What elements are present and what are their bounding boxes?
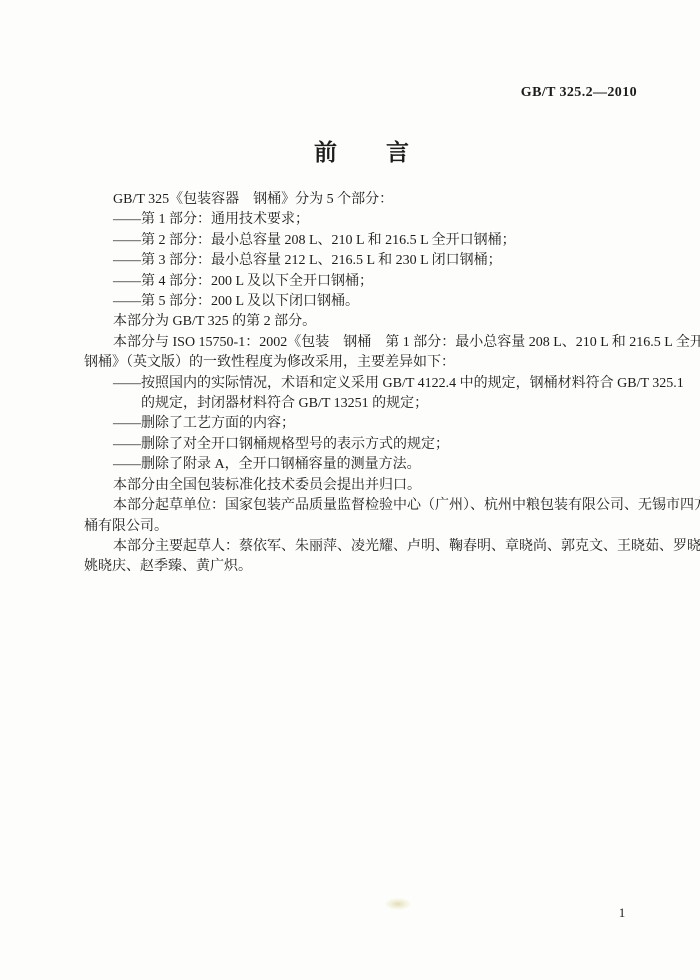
text-line: ——删除了附录 A，全开口钢桶容量的测量方法。 bbox=[84, 455, 654, 475]
text-line: 桶有限公司。 bbox=[84, 517, 654, 537]
text-line: 本部分为 GB/T 325 的第 2 部分。 bbox=[84, 312, 654, 332]
text-line: 本部分由全国包装标准化技术委员会提出并归口。 bbox=[84, 476, 654, 496]
text-line: 的规定，封闭器材料符合 GB/T 13251 的规定； bbox=[84, 394, 654, 414]
document-page: GB/T 325.2—2010 前 言 GB/T 325《包装容器 钢桶》分为 … bbox=[0, 0, 700, 980]
document-body: GB/T 325《包装容器 钢桶》分为 5 个部分：——第 1 部分：通用技术要… bbox=[84, 190, 654, 578]
text-line: 本部分起草单位：国家包装产品质量监督检验中心（广州）、杭州中粮包装有限公司、无锡… bbox=[84, 496, 654, 516]
standard-code-header: GB/T 325.2—2010 bbox=[521, 85, 637, 101]
text-line: ——第 1 部分：通用技术要求； bbox=[84, 210, 654, 230]
text-line: ——第 5 部分：200 L 及以下闭口钢桶。 bbox=[84, 292, 654, 312]
text-line: 钢桶》（英文版）的一致性程度为修改采用，主要差异如下： bbox=[84, 353, 654, 373]
text-line: 姚晓庆、赵季臻、黄广炽。 bbox=[84, 557, 654, 577]
text-line: ——第 4 部分：200 L 及以下全开口钢桶； bbox=[84, 272, 654, 292]
text-line: ——按照国内的实际情况，术语和定义采用 GB/T 4122.4 中的规定，钢桶材… bbox=[84, 374, 654, 394]
text-line: ——删除了工艺方面的内容； bbox=[84, 414, 654, 434]
page-title: 前 言 bbox=[84, 134, 640, 167]
text-line: ——删除了对全开口钢桶规格型号的表示方式的规定； bbox=[84, 435, 654, 455]
text-line: ——第 3 部分：最小总容量 212 L、216.5 L 和 230 L 闭口钢… bbox=[84, 251, 654, 271]
text-line: GB/T 325《包装容器 钢桶》分为 5 个部分： bbox=[84, 190, 654, 210]
page-number: 1 bbox=[612, 905, 632, 921]
text-line: ——第 2 部分：最小总容量 208 L、210 L 和 216.5 L 全开口… bbox=[84, 231, 654, 251]
text-line: 本部分与 ISO 15750-1：2002《包装 钢桶 第 1 部分：最小总容量… bbox=[84, 333, 654, 353]
scan-smudge-artifact bbox=[385, 898, 411, 910]
text-line: 本部分主要起草人：蔡依军、朱丽萍、凌光耀、卢明、鞠春明、章晓尚、郭克文、王晓茹、… bbox=[84, 537, 654, 557]
